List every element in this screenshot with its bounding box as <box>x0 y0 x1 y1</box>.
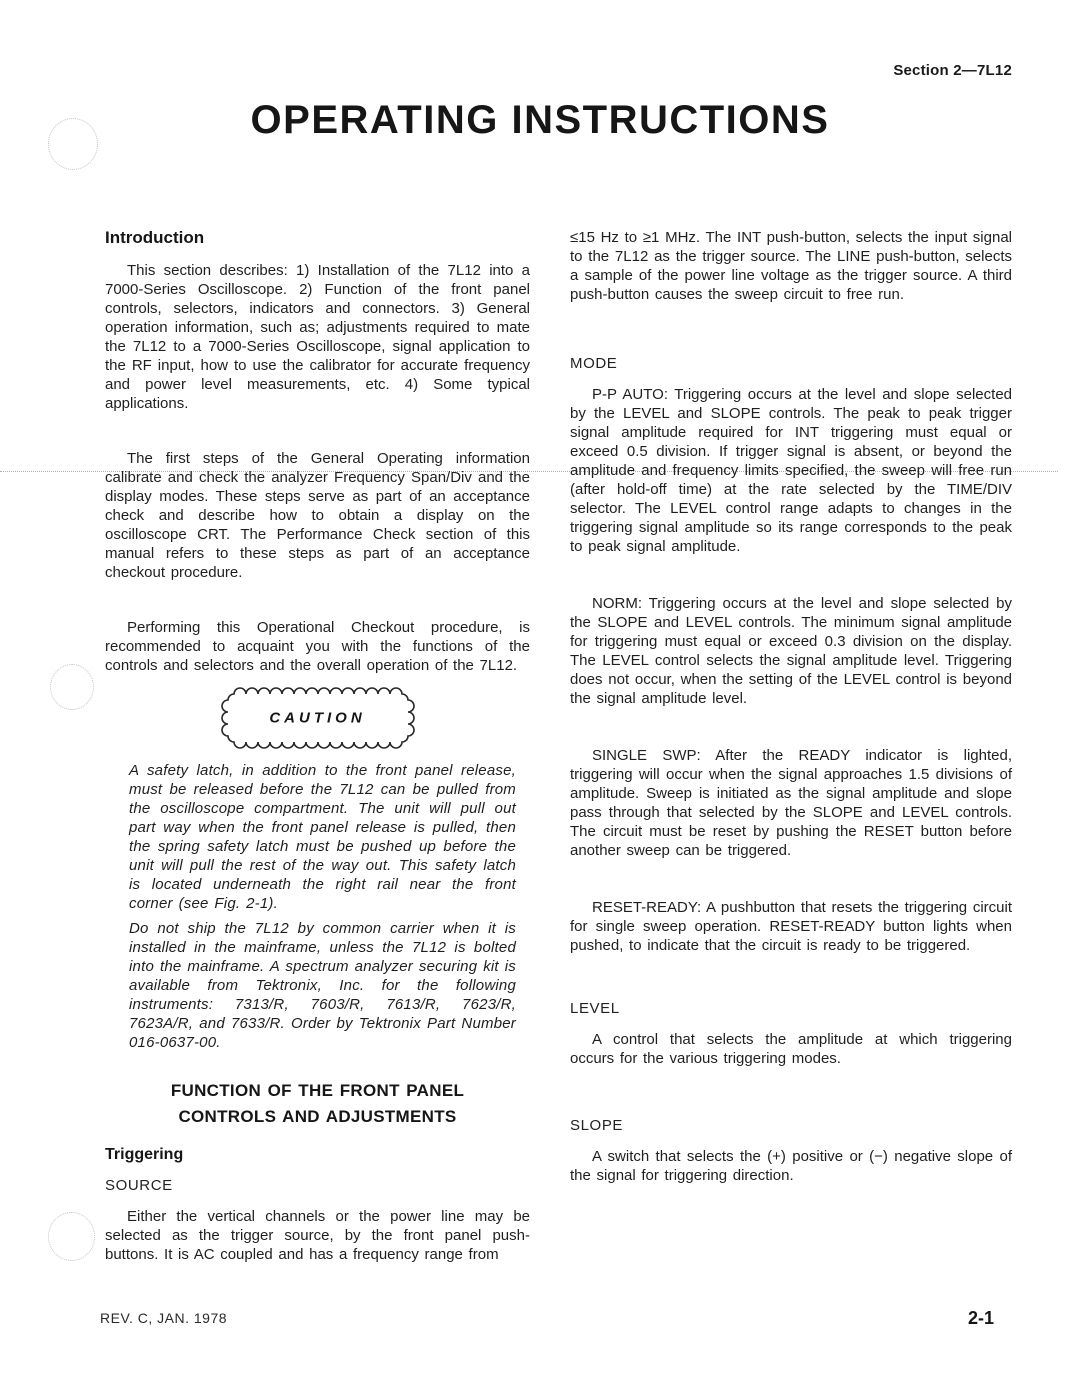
triggering-heading: Triggering <box>105 1145 530 1164</box>
footer-page-number: 2-1 <box>968 1308 994 1329</box>
caution-label: CAUTION <box>269 709 365 728</box>
function-heading-line-1: FUNCTION OF THE FRONT PANEL <box>105 1078 530 1104</box>
mode-reset-ready-paragraph: RESET-READY: A pushbutton that resets th… <box>570 898 1012 955</box>
footer-revision: REV. C, JAN. 1978 <box>100 1310 227 1326</box>
caution-box: CAUTION <box>105 687 530 749</box>
caution-paragraph-1: A safety latch, in addition to the front… <box>129 761 516 913</box>
slope-heading: SLOPE <box>570 1116 1012 1135</box>
mode-single-swp-paragraph: SINGLE SWP: After the READY indicator is… <box>570 746 1012 860</box>
page-title: OPERATING INSTRUCTIONS <box>0 98 1080 143</box>
level-heading: LEVEL <box>570 999 1012 1018</box>
left-column: Introduction This section describes: 1) … <box>105 228 530 1264</box>
source-paragraph: Either the vertical channels or the powe… <box>105 1207 530 1264</box>
introduction-heading: Introduction <box>105 228 530 247</box>
function-heading-line-2: CONTROLS AND ADJUSTMENTS <box>105 1104 530 1130</box>
level-paragraph: A control that selects the amplitude at … <box>570 1030 1012 1068</box>
introduction-paragraph-2: The first steps of the General Operating… <box>105 449 530 582</box>
introduction-paragraph-1: This section describes: 1) Installation … <box>105 261 530 413</box>
section-label: Section 2—7L12 <box>893 62 1012 79</box>
mode-norm-paragraph: NORM: Triggering occurs at the level and… <box>570 594 1012 708</box>
right-column: ≤15 Hz to ≥1 MHz. The INT push-button, s… <box>570 228 1012 1185</box>
introduction-paragraph-3: Performing this Operational Checkout pro… <box>105 618 530 675</box>
mode-pp-auto-paragraph: P-P AUTO: Triggering occurs at the level… <box>570 385 1012 556</box>
mode-heading: MODE <box>570 354 1012 373</box>
hole-punch-mark-bottom <box>48 1212 95 1261</box>
hole-punch-mark-middle <box>50 664 94 710</box>
source-continued-paragraph: ≤15 Hz to ≥1 MHz. The INT push-button, s… <box>570 228 1012 304</box>
slope-paragraph: A switch that selects the (+) positive o… <box>570 1147 1012 1185</box>
function-heading: FUNCTION OF THE FRONT PANEL CONTROLS AND… <box>105 1078 530 1130</box>
caution-paragraph-2: Do not ship the 7L12 by common carrier w… <box>129 919 516 1052</box>
source-heading: SOURCE <box>105 1176 530 1195</box>
manual-page: Section 2—7L12 OPERATING INSTRUCTIONS In… <box>0 0 1080 1397</box>
